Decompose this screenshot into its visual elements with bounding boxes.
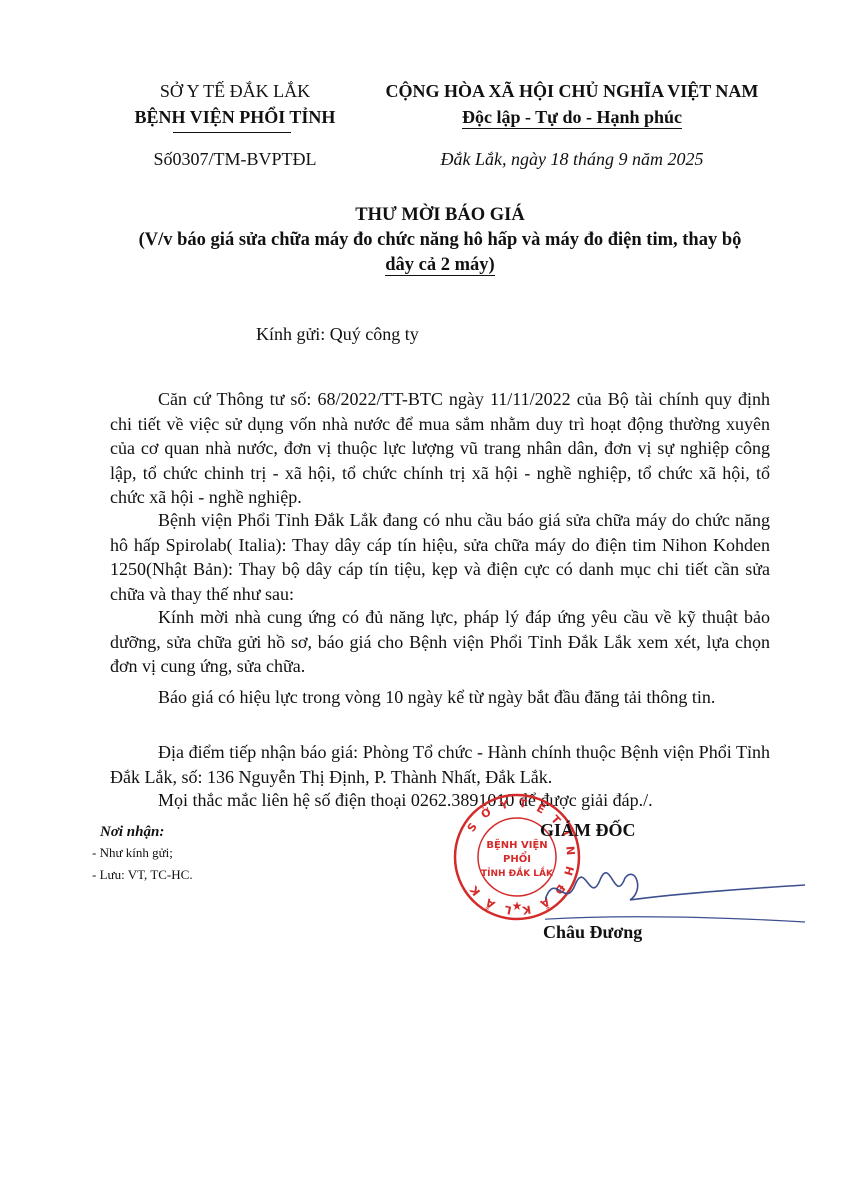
place-date: Đắk Lắk, ngày 18 tháng 9 năm 2025 bbox=[362, 146, 782, 172]
header-left: SỞ Y TẾ ĐẮK LẮK BỆNH VIỆN PHỔI TỈNH Số03… bbox=[100, 78, 370, 172]
department-name: SỞ Y TẾ ĐẮK LẮK bbox=[100, 78, 370, 104]
title-subject-2: dây cả 2 máy) bbox=[90, 253, 790, 278]
organization-name: BỆNH VIỆN PHỔI TỈNH bbox=[100, 104, 370, 130]
paragraph-validity: Báo giá có hiệu lực trong vòng 10 ngày k… bbox=[110, 685, 770, 710]
svg-text:PHỔI: PHỔI bbox=[503, 850, 531, 865]
document-title: THƯ MỜI BÁO GIÁ (V/v báo giá sửa chữa má… bbox=[90, 203, 790, 278]
header-left-underline bbox=[173, 132, 291, 133]
national-title: CỘNG HÒA XÃ HỘI CHỦ NGHĨA VIỆT NAM bbox=[362, 78, 782, 104]
title-subject-1: (V/v báo giá sửa chữa máy đo chức năng h… bbox=[90, 228, 790, 253]
paragraph-location: Địa điểm tiếp nhận báo giá: Phòng Tổ chứ… bbox=[110, 740, 770, 789]
paragraph-need: Bệnh viện Phổi Tỉnh Đắk Lắk đang có nhu … bbox=[110, 508, 770, 606]
svg-text:BỆNH VIỆN: BỆNH VIỆN bbox=[486, 838, 547, 851]
signer-title: GIÁM ĐỐC bbox=[540, 820, 636, 841]
recipients-heading: Nơi nhận: bbox=[100, 822, 193, 842]
national-motto: Độc lập - Tự do - Hạnh phúc bbox=[362, 104, 782, 130]
signer-name: Châu Đương bbox=[543, 922, 642, 943]
svg-text:TỈNH ĐẮK LẮK: TỈNH ĐẮK LẮK bbox=[481, 866, 554, 879]
header-right: CỘNG HÒA XÃ HỘI CHỦ NGHĨA VIỆT NAM Độc l… bbox=[362, 78, 782, 172]
title-main: THƯ MỜI BÁO GIÁ bbox=[90, 203, 790, 228]
recipient-item: - Như kính gửi; bbox=[92, 842, 193, 864]
document-number: Số0307/TM-BVPTĐL bbox=[100, 146, 370, 172]
recipients: Nơi nhận: - Như kính gửi; - Lưu: VT, TC-… bbox=[100, 822, 193, 886]
paragraph-legal-basis: Căn cứ Thông tư số: 68/2022/TT-BTC ngày … bbox=[110, 387, 770, 510]
svg-text:★: ★ bbox=[512, 899, 523, 913]
recipient-item: - Lưu: VT, TC-HC. bbox=[92, 864, 193, 886]
handwritten-signature bbox=[545, 860, 805, 930]
greeting: Kính gửi: Quý công ty bbox=[256, 324, 419, 345]
paragraph-invitation: Kính mời nhà cung ứng có đủ năng lực, ph… bbox=[110, 605, 770, 679]
